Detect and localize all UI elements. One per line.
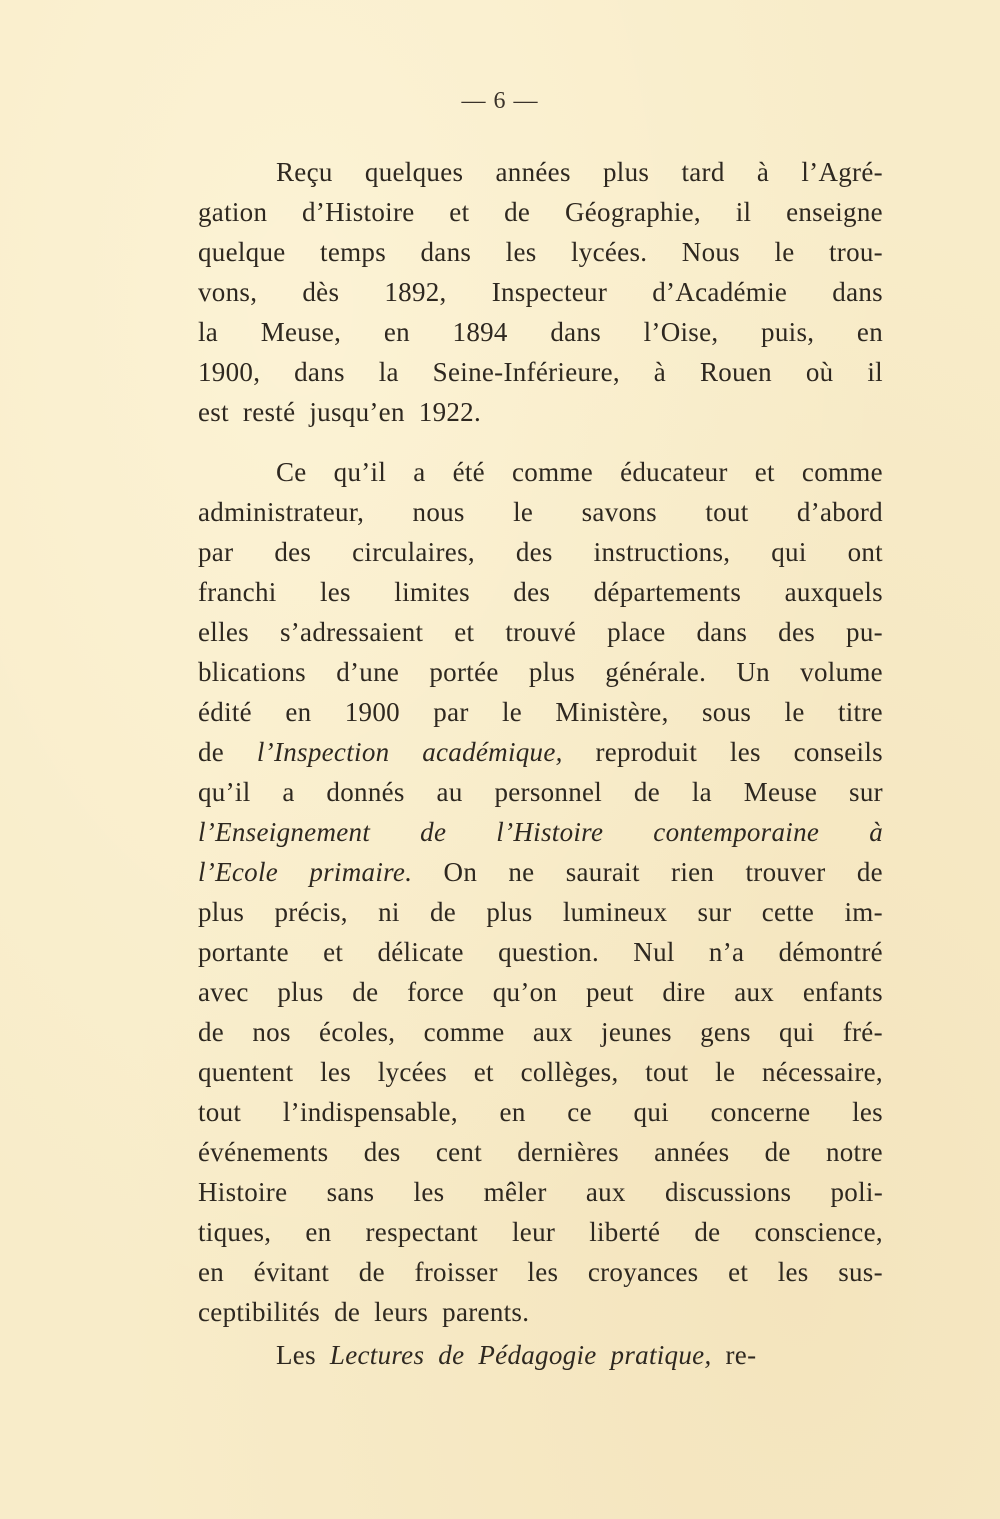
word: dès (302, 272, 339, 312)
word: précis, (275, 892, 348, 932)
word: saurait (566, 852, 640, 892)
word: la (692, 772, 712, 812)
word: de (359, 1252, 385, 1292)
text-line: estrestéjusqu’en1922. (198, 392, 883, 432)
word: et (323, 932, 343, 972)
word: administrateur, (198, 492, 364, 532)
word: d’abord (797, 492, 883, 532)
word: tout (645, 1052, 688, 1092)
word: en (384, 312, 410, 352)
word: ont (848, 532, 883, 572)
paragraph-3: LesLecturesdePédagogiepratique,re- (198, 1335, 883, 1375)
word: 1922. (419, 392, 481, 432)
word: et (454, 612, 474, 652)
word: l’Inspection (257, 732, 390, 772)
word: conscience, (754, 1212, 882, 1252)
word: de (430, 892, 456, 932)
word: les (778, 1252, 809, 1292)
word: de (352, 972, 378, 1012)
text-line: pardescirculaires,desinstructions,quiont (198, 532, 883, 572)
word: Meuse, (261, 312, 342, 352)
word: plus (277, 972, 323, 1012)
word: concerne (711, 1092, 811, 1132)
word: croyances (588, 1252, 699, 1292)
word: vons, (198, 272, 257, 312)
word: place (607, 612, 665, 652)
text-line: portanteetdélicatequestion.Nuln’adémontr… (198, 932, 883, 972)
word: dernières (517, 1132, 619, 1172)
word: l’Oise, (644, 312, 719, 352)
text-line: gationd’HistoireetdeGéographie,ilenseign… (198, 192, 883, 232)
word: Un (736, 652, 770, 692)
word: savons (582, 492, 657, 532)
word: aux (734, 972, 774, 1012)
word: a (413, 452, 425, 492)
word: Ce (276, 452, 307, 492)
word: reproduit (595, 732, 697, 772)
word: dire (662, 972, 705, 1012)
word: lumineux (563, 892, 667, 932)
word: l’Ecole (198, 852, 278, 892)
word: leur (512, 1212, 555, 1252)
word: lycées. (571, 232, 647, 272)
word: ni (378, 892, 400, 932)
word: im- (844, 892, 882, 932)
word: de (765, 1132, 791, 1172)
word: le (715, 1052, 735, 1092)
word: les (506, 232, 537, 272)
word: lycées (378, 1052, 447, 1092)
word: force (407, 972, 464, 1012)
word: sans (327, 1172, 375, 1212)
text-line: laMeuse,en1894dansl’Oise,puis,en (198, 312, 883, 352)
word: dans (697, 612, 748, 652)
word: s’adressaient (280, 612, 423, 652)
word: Inspecteur (492, 272, 607, 312)
text-line: avecplusdeforcequ’onpeutdireauxenfants (198, 972, 883, 1012)
word: 1894 (453, 312, 508, 352)
text-line: 1900,danslaSeine-Inférieure,àRouenoùil (198, 352, 883, 392)
text-line: administrateur,nouslesavonstoutd’abord (198, 492, 883, 532)
word: limites (394, 572, 470, 612)
word: Histoire (198, 1172, 287, 1212)
word: des (516, 532, 553, 572)
word: éducateur (620, 452, 728, 492)
word: années (496, 152, 571, 192)
text-line: l’Enseignementdel’Histoirecontemporaineà (198, 812, 883, 852)
text-line: franchileslimitesdesdépartementsauxquels (198, 572, 883, 612)
word: pratique, (611, 1335, 712, 1375)
word: conseils (794, 732, 883, 772)
word: les (852, 1092, 883, 1132)
word: départements (594, 572, 742, 612)
word: plus (486, 892, 532, 932)
paragraph-1: Reçuquelquesannéesplustardàl’Agré-gation… (198, 152, 883, 432)
word: personnel (494, 772, 602, 812)
text-line: elless’adressaientettrouvéplacedansdespu… (198, 612, 883, 652)
word: nos (252, 1012, 290, 1052)
word: l’Agré- (801, 152, 883, 192)
word: de (694, 1212, 720, 1252)
word: Nous (682, 232, 740, 272)
word: Reçu (276, 152, 333, 192)
word: édité (198, 692, 252, 732)
word: et (728, 1252, 748, 1292)
word: de (198, 1012, 224, 1052)
word: tout (198, 1092, 241, 1132)
word: tard (681, 152, 724, 192)
word: titre (838, 692, 883, 732)
word: avec (198, 972, 249, 1012)
word: leurs (374, 1292, 428, 1332)
word: qu’il (334, 452, 387, 492)
word: d’Histoire (302, 192, 414, 232)
word: plus (198, 892, 244, 932)
word: contemporaine (653, 812, 819, 852)
word: et (449, 192, 469, 232)
word: l’Histoire (496, 812, 603, 852)
word: dans (294, 352, 345, 392)
word: années (654, 1132, 729, 1172)
word: le (513, 492, 533, 532)
word: trou- (829, 232, 883, 272)
word: le (785, 692, 805, 732)
text-line: événementsdescentdernièresannéesdenotre (198, 1132, 883, 1172)
word: l’Enseignement (198, 812, 370, 852)
text-line: del’Inspectionacadémique,reproduitlescon… (198, 732, 883, 772)
word: qui (771, 532, 806, 572)
word: liberté (589, 1212, 660, 1252)
word: temps (320, 232, 386, 272)
text-line: LesLecturesdePédagogiepratique,re- (198, 1335, 883, 1375)
word: et (474, 1052, 494, 1092)
word: question. (498, 932, 599, 972)
word: tout (705, 492, 748, 532)
word: où (806, 352, 834, 392)
word: les (527, 1252, 558, 1292)
word: par (198, 532, 233, 572)
word: ceptibilités (198, 1292, 320, 1332)
word: 1900 (345, 692, 400, 732)
word: la (379, 352, 399, 392)
word: circulaires, (352, 532, 475, 572)
word: quelques (365, 152, 463, 192)
word: 1900, (198, 352, 260, 392)
text-line: quelquetempsdansleslycées.Nousletrou- (198, 232, 883, 272)
word: trouver (745, 852, 825, 892)
word: cent (436, 1132, 482, 1172)
text-line: Cequ’ilaétécommeéducateuretcomme (198, 452, 883, 492)
word: en (305, 1212, 331, 1252)
word: générale. (605, 652, 706, 692)
text-line: toutl’indispensable,encequiconcerneles (198, 1092, 883, 1132)
word: en (285, 692, 311, 732)
word: qui (779, 1012, 814, 1052)
word: franchi (198, 572, 277, 612)
word: jeunes (601, 1012, 672, 1052)
word: le (774, 232, 794, 272)
text-line: l’Ecoleprimaire.Onnesauraitrientrouverde (198, 852, 883, 892)
word: ce (567, 1092, 592, 1132)
word: puis, (761, 312, 814, 352)
word: évitant (254, 1252, 330, 1292)
word: d’une (336, 652, 399, 692)
word: au (437, 772, 463, 812)
word: été (453, 452, 485, 492)
text-line: qu’iladonnésaupersonneldelaMeusesur (198, 772, 883, 812)
word: événements (198, 1132, 328, 1172)
word: gens (700, 1012, 751, 1052)
word: plus (529, 652, 575, 692)
word: Lectures (330, 1335, 424, 1375)
word: comme (424, 1012, 505, 1052)
word: nous (413, 492, 465, 532)
word: les (320, 1052, 351, 1092)
word: Géographie, (565, 192, 701, 232)
word: de (198, 732, 224, 772)
word: de (634, 772, 660, 812)
word: des (274, 532, 311, 572)
word: donnés (326, 772, 404, 812)
word: les (730, 732, 761, 772)
text-line: ceptibilitésdeleursparents. (198, 1292, 883, 1332)
word: est (198, 392, 229, 432)
word: pu- (846, 612, 883, 652)
word: Meuse (744, 772, 817, 812)
text-line: quententleslycéesetcollèges,toutlenécess… (198, 1052, 883, 1092)
word: resté (243, 392, 295, 432)
text-line: denosécoles,commeauxjeunesgensquifré- (198, 1012, 883, 1052)
word: gation (198, 192, 267, 232)
text-line: Reçuquelquesannéesplustardàl’Agré- (198, 152, 883, 192)
text-line: Histoiresanslesmêlerauxdiscussionspoli- (198, 1172, 883, 1212)
word: sur (698, 892, 732, 932)
word: Pédagogie (478, 1335, 596, 1375)
word: sur (849, 772, 883, 812)
word: dans (832, 272, 883, 312)
text-line: tiques,enrespectantleurlibertédeconscien… (198, 1212, 883, 1252)
word: qui (634, 1092, 669, 1132)
word: portée (429, 652, 498, 692)
word: les (320, 572, 351, 612)
word: Rouen (700, 352, 772, 392)
word: portante (198, 932, 289, 972)
text-line: vons,dès1892,Inspecteurd’Académiedans (198, 272, 883, 312)
word: plus (603, 152, 649, 192)
word: Ministère, (555, 692, 668, 732)
word: enseigne (786, 192, 883, 232)
word: n’a (709, 932, 744, 972)
word: dans (420, 232, 471, 272)
word: re- (726, 1335, 757, 1375)
word: de (420, 812, 446, 852)
word: volume (800, 652, 883, 692)
word: d’Académie (652, 272, 787, 312)
word: de (334, 1292, 360, 1332)
word: aux (586, 1172, 626, 1212)
word: instructions, (594, 532, 731, 572)
word: enfants (803, 972, 883, 1012)
word: Les (276, 1335, 316, 1375)
word: cette (762, 892, 814, 932)
word: fré- (843, 1012, 883, 1052)
word: tiques, (198, 1212, 271, 1252)
word: en (198, 1252, 224, 1292)
word: à (869, 812, 883, 852)
word: collèges, (521, 1052, 619, 1092)
word: comme (802, 452, 883, 492)
word: comme (512, 452, 593, 492)
word: il (867, 352, 883, 392)
text-line: éditéen1900parleMinistère,sousletitre (198, 692, 883, 732)
text-line: enévitantdefroisserlescroyancesetlessus- (198, 1252, 883, 1292)
word: aux (533, 1012, 573, 1052)
word: nécessaire, (762, 1052, 883, 1092)
word: notre (826, 1132, 883, 1172)
word: parents. (442, 1292, 529, 1332)
word: sus- (838, 1252, 883, 1292)
word: dans (550, 312, 601, 352)
text-line: blicationsd’uneportéeplusgénérale.Unvolu… (198, 652, 883, 692)
word: il (736, 192, 752, 232)
word: en (857, 312, 883, 352)
word: et (755, 452, 775, 492)
word: quentent (198, 1052, 293, 1092)
word: l’indispensable, (283, 1092, 458, 1132)
word: quelque (198, 232, 286, 272)
word: délicate (377, 932, 463, 972)
word: primaire. (309, 852, 412, 892)
word: poli- (831, 1172, 884, 1212)
word: 1892, (384, 272, 446, 312)
word: par (433, 692, 468, 732)
word: On (444, 852, 478, 892)
word: la (198, 312, 218, 352)
word: de (504, 192, 530, 232)
word: trouvé (505, 612, 576, 652)
word: ne (508, 852, 534, 892)
word: a (282, 772, 294, 812)
text-line: plusprécis,nidepluslumineuxsurcetteim- (198, 892, 883, 932)
word: froisser (414, 1252, 497, 1292)
word: des (513, 572, 550, 612)
word: à (757, 152, 769, 192)
word: blications (198, 652, 306, 692)
paragraph-2: Cequ’ilaétécommeéducateuretcommeadminist… (198, 452, 883, 1332)
word: qu’il (198, 772, 251, 812)
word: Nul (633, 932, 674, 972)
word: mêler (484, 1172, 547, 1212)
word: elles (198, 612, 249, 652)
word: des (364, 1132, 401, 1172)
word: des (778, 612, 815, 652)
word: de (857, 852, 883, 892)
word: en (500, 1092, 526, 1132)
word: démontré (779, 932, 883, 972)
word: Seine-Inférieure, (433, 352, 620, 392)
word: qu’on (493, 972, 558, 1012)
word: peut (586, 972, 634, 1012)
word: académique, (422, 732, 563, 772)
word: discussions (665, 1172, 791, 1212)
word: respectant (366, 1212, 478, 1252)
word: auxquels (785, 572, 883, 612)
word: sous (702, 692, 751, 732)
word: écoles, (319, 1012, 395, 1052)
word: de (438, 1335, 464, 1375)
word: jusqu’en (309, 392, 404, 432)
word: rien (671, 852, 714, 892)
word: le (502, 692, 522, 732)
word: les (414, 1172, 445, 1212)
word: à (654, 352, 666, 392)
page-number: — 6 — (0, 88, 1000, 115)
